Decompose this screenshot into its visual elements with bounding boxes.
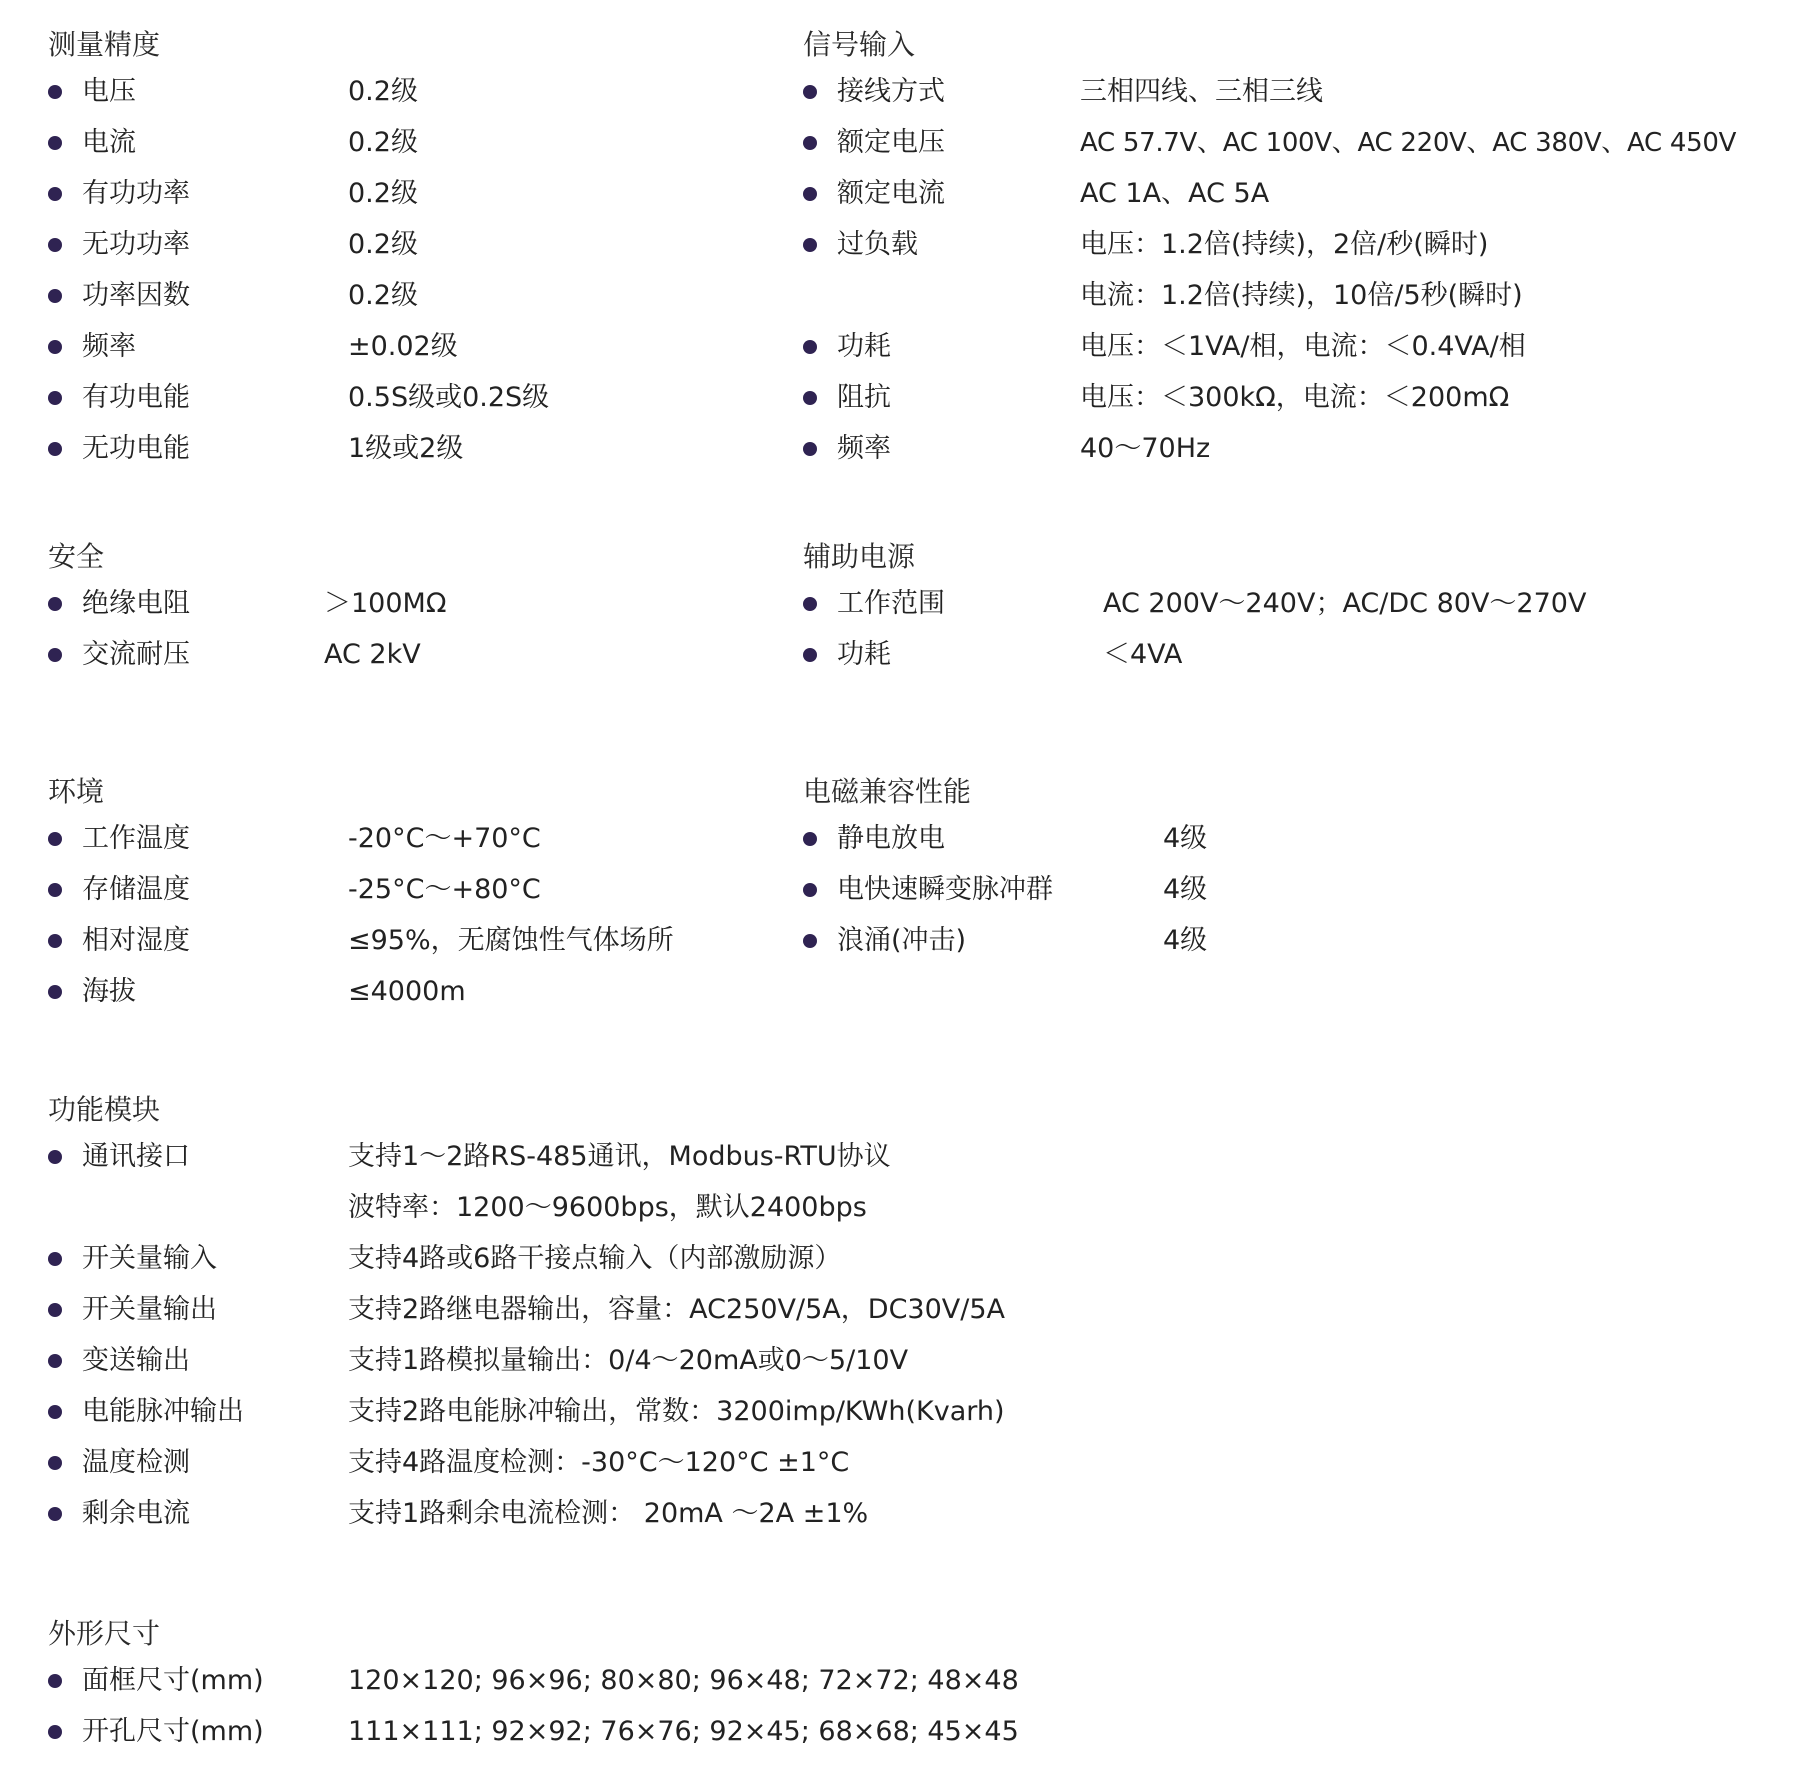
bullet-icon bbox=[48, 136, 62, 150]
spec-label: 电流 bbox=[82, 123, 136, 163]
bullet-icon bbox=[48, 85, 62, 99]
bullet-icon bbox=[48, 1303, 62, 1317]
bullet-icon bbox=[803, 85, 817, 99]
spec-label: 电快速瞬变脉冲群 bbox=[837, 870, 1053, 910]
spec-value: 支持2路电能脉冲输出，常数：3200imp/KWh(Kvarh) bbox=[348, 1392, 1005, 1432]
spec-label: 开孔尺寸(mm) bbox=[82, 1712, 264, 1752]
spec-label: 海拔 bbox=[82, 972, 136, 1012]
section-title: 电磁兼容性能 bbox=[803, 775, 971, 809]
spec-label: 静电放电 bbox=[837, 819, 945, 859]
section-title: 外形尺寸 bbox=[48, 1617, 160, 1651]
bullet-icon bbox=[48, 1674, 62, 1688]
spec-value: 0.2级 bbox=[348, 72, 418, 112]
bullet-icon bbox=[803, 832, 817, 846]
spec-value: -20°C～+70°C bbox=[348, 819, 541, 859]
section-title: 测量精度 bbox=[48, 28, 160, 62]
spec-value: 支持1路剩余电流检测： 20mA ～2A ±1% bbox=[348, 1494, 868, 1534]
bullet-icon bbox=[48, 1725, 62, 1739]
spec-value: 支持4路温度检测：-30°C～120°C ±1°C bbox=[348, 1443, 849, 1483]
spec-value: ≤4000m bbox=[348, 972, 466, 1012]
spec-label: 频率 bbox=[837, 429, 891, 469]
spec-value: 电压：1.2倍(持续)，2倍/秒(瞬时) bbox=[1080, 225, 1488, 265]
spec-label: 频率 bbox=[82, 327, 136, 367]
spec-label: 浪涌(冲击) bbox=[837, 921, 966, 961]
spec-value: 0.2级 bbox=[348, 174, 418, 214]
bullet-icon bbox=[803, 934, 817, 948]
spec-label: 额定电压 bbox=[837, 123, 945, 163]
bullet-icon bbox=[803, 238, 817, 252]
bullet-icon bbox=[803, 648, 817, 662]
spec-value: 0.2级 bbox=[348, 225, 418, 265]
bullet-icon bbox=[48, 1252, 62, 1266]
spec-label: 有功电能 bbox=[82, 378, 190, 418]
bullet-icon bbox=[803, 187, 817, 201]
bullet-icon bbox=[48, 238, 62, 252]
spec-value: 电压：＜300kΩ，电流：＜200mΩ bbox=[1080, 378, 1509, 418]
section-title: 信号输入 bbox=[803, 28, 915, 62]
spec-value: 支持4路或6路干接点输入（内部激励源） bbox=[348, 1239, 841, 1279]
spec-label: 无功电能 bbox=[82, 429, 190, 469]
bullet-icon bbox=[48, 1456, 62, 1470]
spec-label: 阻抗 bbox=[837, 378, 891, 418]
spec-label: 电压 bbox=[82, 72, 136, 112]
spec-label: 交流耐压 bbox=[82, 635, 190, 675]
bullet-icon bbox=[48, 1150, 62, 1164]
spec-value: 4级 bbox=[1163, 819, 1207, 859]
spec-label: 过负载 bbox=[837, 225, 918, 265]
bullet-icon bbox=[48, 391, 62, 405]
spec-value: 120×120; 96×96; 80×80; 96×48; 72×72; 48×… bbox=[348, 1661, 1019, 1701]
bullet-icon bbox=[803, 597, 817, 611]
spec-label: 温度检测 bbox=[82, 1443, 190, 1483]
bullet-icon bbox=[48, 340, 62, 354]
spec-value: 0.5S级或0.2S级 bbox=[348, 378, 549, 418]
bullet-icon bbox=[803, 340, 817, 354]
spec-label: 功耗 bbox=[837, 635, 891, 675]
spec-value: 电流：1.2倍(持续)，10倍/5秒(瞬时) bbox=[1080, 276, 1523, 316]
bullet-icon bbox=[48, 442, 62, 456]
spec-value: ＞100MΩ bbox=[324, 584, 446, 624]
spec-value: 支持1路模拟量输出：0/4～20mA或0～5/10V bbox=[348, 1341, 908, 1381]
spec-value: 波特率：1200～9600bps，默认2400bps bbox=[348, 1188, 867, 1228]
spec-value: 0.2级 bbox=[348, 276, 418, 316]
bullet-icon bbox=[48, 883, 62, 897]
spec-label: 无功功率 bbox=[82, 225, 190, 265]
spec-label: 开关量输出 bbox=[82, 1290, 217, 1330]
spec-label: 相对湿度 bbox=[82, 921, 190, 961]
spec-value: 支持2路继电器输出，容量：AC250V/5A，DC30V/5A bbox=[348, 1290, 1005, 1330]
spec-value: 电压：＜1VA/相，电流：＜0.4VA/相 bbox=[1080, 327, 1526, 367]
spec-value: ±0.02级 bbox=[348, 327, 458, 367]
bullet-icon bbox=[803, 883, 817, 897]
spec-value: 4级 bbox=[1163, 921, 1207, 961]
spec-value: ≤95%，无腐蚀性气体场所 bbox=[348, 921, 674, 961]
bullet-icon bbox=[48, 289, 62, 303]
bullet-icon bbox=[48, 934, 62, 948]
spec-value: 4级 bbox=[1163, 870, 1207, 910]
bullet-icon bbox=[803, 391, 817, 405]
spec-value: 40～70Hz bbox=[1080, 429, 1210, 469]
bullet-icon bbox=[803, 442, 817, 456]
bullet-icon bbox=[48, 1354, 62, 1368]
spec-value: AC 1A、AC 5A bbox=[1080, 174, 1269, 214]
spec-value: AC 200V～240V；AC/DC 80V～270V bbox=[1103, 584, 1586, 624]
spec-value: -25°C～+80°C bbox=[348, 870, 541, 910]
bullet-icon bbox=[48, 985, 62, 999]
spec-label: 电能脉冲输出 bbox=[82, 1392, 244, 1432]
spec-value: ＜4VA bbox=[1103, 635, 1182, 675]
spec-value: 1级或2级 bbox=[348, 429, 463, 469]
spec-value: 三相四线、三相三线 bbox=[1080, 72, 1323, 112]
spec-label: 功耗 bbox=[837, 327, 891, 367]
spec-label: 功率因数 bbox=[82, 276, 190, 316]
spec-label: 绝缘电阻 bbox=[82, 584, 190, 624]
spec-value: AC 2kV bbox=[324, 635, 421, 675]
bullet-icon bbox=[48, 1507, 62, 1521]
spec-value: AC 57.7V、AC 100V、AC 220V、AC 380V、AC 450V bbox=[1080, 123, 1736, 163]
spec-value: 0.2级 bbox=[348, 123, 418, 163]
bullet-icon bbox=[48, 597, 62, 611]
bullet-icon bbox=[48, 1405, 62, 1419]
spec-label: 工作温度 bbox=[82, 819, 190, 859]
spec-label: 面框尺寸(mm) bbox=[82, 1661, 264, 1701]
spec-label: 变送输出 bbox=[82, 1341, 190, 1381]
spec-label: 开关量输入 bbox=[82, 1239, 217, 1279]
section-title: 辅助电源 bbox=[803, 540, 915, 574]
section-title: 环境 bbox=[48, 775, 104, 809]
spec-label: 存储温度 bbox=[82, 870, 190, 910]
bullet-icon bbox=[48, 832, 62, 846]
spec-label: 通讯接口 bbox=[82, 1137, 190, 1177]
spec-label: 额定电流 bbox=[837, 174, 945, 214]
spec-label: 有功功率 bbox=[82, 174, 190, 214]
section-title: 安全 bbox=[48, 540, 104, 574]
spec-label: 接线方式 bbox=[837, 72, 945, 112]
spec-value: 支持1～2路RS-485通讯，Modbus-RTU协议 bbox=[348, 1137, 891, 1177]
spec-label: 工作范围 bbox=[837, 584, 945, 624]
bullet-icon bbox=[48, 187, 62, 201]
spec-label: 剩余电流 bbox=[82, 1494, 190, 1534]
section-title: 功能模块 bbox=[48, 1093, 160, 1127]
spec-value: 111×111; 92×92; 76×76; 92×45; 68×68; 45×… bbox=[348, 1712, 1019, 1752]
bullet-icon bbox=[48, 648, 62, 662]
bullet-icon bbox=[803, 136, 817, 150]
